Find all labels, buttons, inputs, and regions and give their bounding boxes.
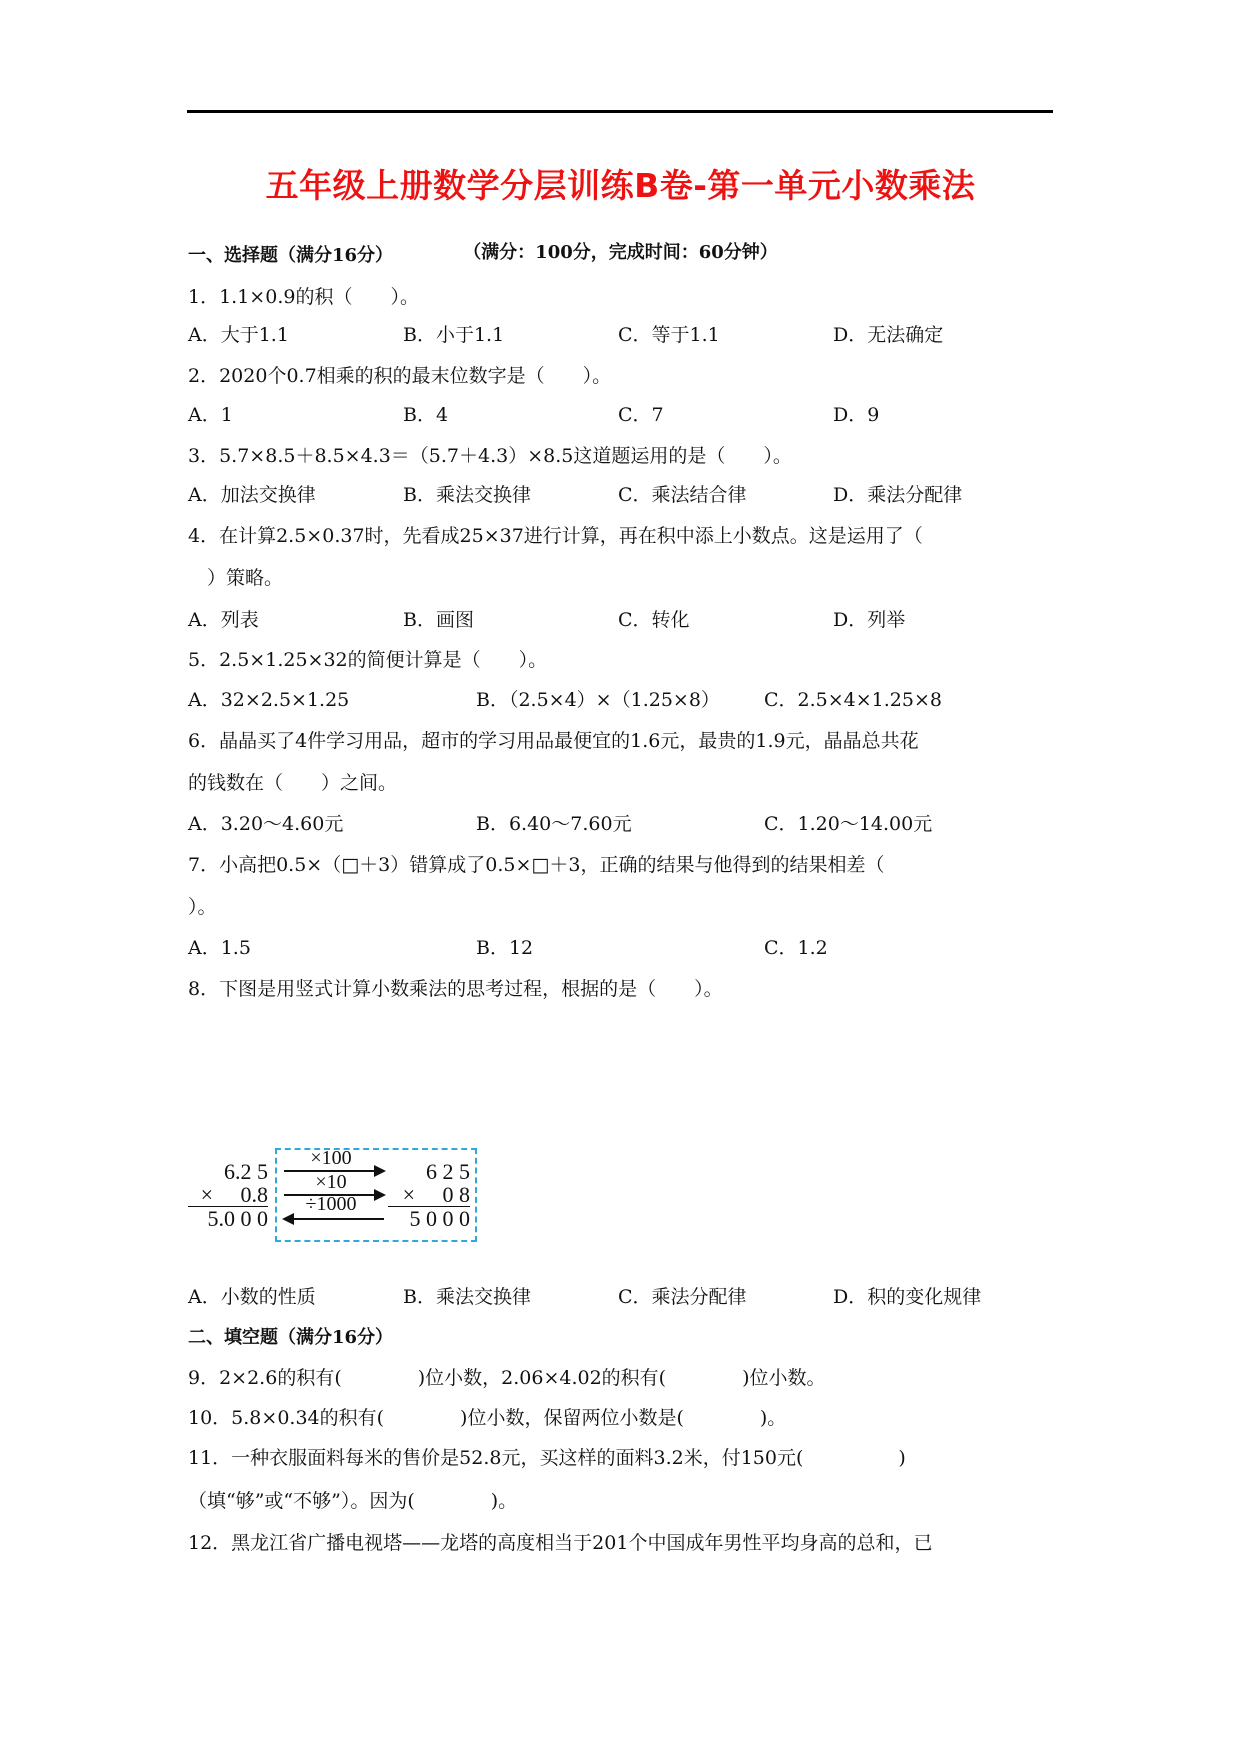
left-calculation: 6.2 5 × 0.8 5.0 0 0 — [188, 1160, 268, 1230]
vertical-multiplication-diagram: 6.2 5 × 0.8 5.0 0 0 ×100 ×10 ÷1000 6 2 5… — [188, 1148, 488, 1248]
question-4: 4．在计算2.5×0.37时，先看成25×37进行计算，再在积中添上小数点。这是… — [188, 524, 923, 548]
q3-option-b[interactable]: B．乘法交换律 — [403, 483, 531, 507]
q6-option-b[interactable]: B．6.40～7.60元 — [476, 812, 632, 836]
section-heading-choice: 一、选择题（满分16分） — [188, 244, 393, 268]
right-calc-row-1: 6 2 5 — [388, 1160, 470, 1183]
q1-option-d[interactable]: D．无法确定 — [833, 323, 943, 347]
exam-info: （满分：100分，完成时间：60分钟） — [0, 238, 1241, 264]
q2-option-b[interactable]: B．4 — [403, 403, 448, 427]
question-4-cont: ）策略。 — [188, 566, 283, 590]
q8-option-c[interactable]: C．乘法分配律 — [618, 1285, 747, 1309]
q7-option-a[interactable]: A．1.5 — [188, 936, 251, 960]
q4-option-d[interactable]: D．列举 — [833, 608, 905, 632]
q3-option-d[interactable]: D．乘法分配律 — [833, 483, 962, 507]
q1-option-a[interactable]: A．大于1.1 — [188, 323, 289, 347]
left-calc-row-1: 6.2 5 — [188, 1160, 268, 1183]
right-calc-row-2: × 0 8 — [388, 1183, 470, 1206]
left-calc-row-2: × 0.8 — [188, 1183, 268, 1206]
q6-option-a[interactable]: A．3.20～4.60元 — [188, 812, 343, 836]
question-7: 7．小高把0.5×（□＋3）错算成了0.5×□＋3，正确的结果与他得到的结果相差… — [188, 853, 884, 877]
q8-option-a[interactable]: A．小数的性质 — [188, 1285, 316, 1309]
header-rule — [187, 110, 1053, 113]
section-heading-fill-blank: 二、填空题（满分16分） — [188, 1326, 393, 1350]
page-title: 五年级上册数学分层训练B卷-第一单元小数乘法 — [0, 160, 1241, 207]
q4-option-a[interactable]: A．列表 — [188, 608, 259, 632]
question-11: 11．一种衣服面料每米的售价是52.8元，买这样的面料3.2米，付150元( ) — [188, 1446, 906, 1470]
question-12: 12．黑龙江省广播电视塔——龙塔的高度相当于201个中国成年男性平均身高的总和，… — [188, 1531, 932, 1555]
q7-option-b[interactable]: B．12 — [476, 936, 533, 960]
q5-option-c[interactable]: C．2.5×4×1.25×8 — [764, 688, 942, 712]
question-1: 1．1.1×0.9的积（ ）。 — [188, 285, 419, 309]
question-10: 10．5.8×0.34的积有( )位小数，保留两位小数是( )。 — [188, 1406, 786, 1430]
q1-option-b[interactable]: B．小于1.1 — [403, 323, 504, 347]
q4-option-c[interactable]: C．转化 — [618, 608, 690, 632]
question-11-cont: （填“够”或“不够”）。因为( )。 — [188, 1489, 517, 1513]
arrow-label-times-10: ×10 — [276, 1172, 386, 1192]
question-2: 2．2020个0.7相乘的积的最末位数字是（ ）。 — [188, 364, 611, 388]
q3-option-c[interactable]: C．乘法结合律 — [618, 483, 747, 507]
q2-option-c[interactable]: C．7 — [618, 403, 664, 427]
q8-option-d[interactable]: D．积的变化规律 — [833, 1285, 981, 1309]
question-6: 6．晶晶买了4件学习用品，超市的学习用品最便宜的1.6元，最贵的1.9元，晶晶总… — [188, 729, 919, 753]
question-9: 9．2×2.6的积有( )位小数，2.06×4.02的积有( )位小数。 — [188, 1366, 826, 1390]
q1-option-c[interactable]: C．等于1.1 — [618, 323, 720, 347]
q2-option-a[interactable]: A．1 — [188, 403, 233, 427]
question-6-cont: 的钱数在（ ）之间。 — [188, 771, 397, 795]
arrow-left-icon — [284, 1218, 384, 1220]
q4-option-b[interactable]: B．画图 — [403, 608, 474, 632]
q5-option-a[interactable]: A．32×2.5×1.25 — [188, 688, 349, 712]
q8-option-b[interactable]: B．乘法交换律 — [403, 1285, 531, 1309]
right-calc-row-3: 5 0 0 0 — [388, 1206, 470, 1230]
q2-option-d[interactable]: D．9 — [833, 403, 879, 427]
left-calc-row-3: 5.0 0 0 — [188, 1206, 268, 1230]
question-3: 3．5.7×8.5＋8.5×4.3＝（5.7＋4.3）×8.5这道题运用的是（ … — [188, 444, 792, 468]
arrow-label-divide-1000: ÷1000 — [276, 1194, 386, 1214]
q5-option-b[interactable]: B．（2.5×4）×（1.25×8） — [476, 688, 720, 712]
q7-option-c[interactable]: C．1.2 — [764, 936, 828, 960]
question-7-cont: ）。 — [188, 895, 217, 919]
right-calculation: 6 2 5 × 0 8 5 0 0 0 — [388, 1160, 470, 1230]
q3-option-a[interactable]: A．加法交换律 — [188, 483, 316, 507]
q6-option-c[interactable]: C．1.20～14.00元 — [764, 812, 932, 836]
arrow-label-times-100: ×100 — [276, 1148, 386, 1168]
question-8: 8．下图是用竖式计算小数乘法的思考过程，根据的是（ ）。 — [188, 977, 723, 1001]
question-5: 5．2.5×1.25×32的简便计算是（ ）。 — [188, 648, 547, 672]
